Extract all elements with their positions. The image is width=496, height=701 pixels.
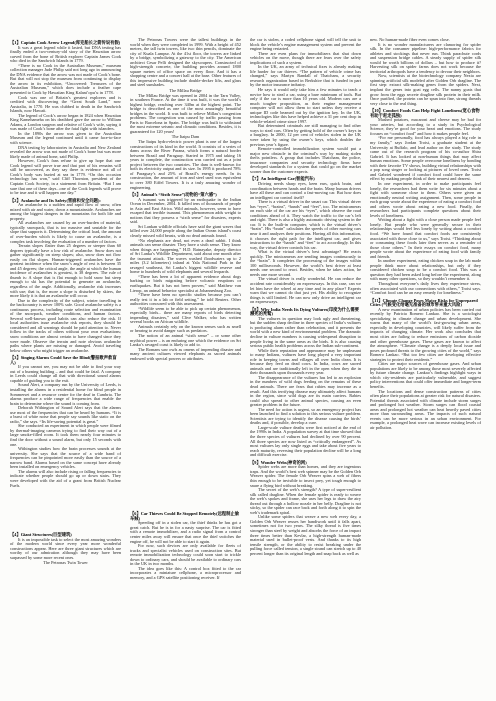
paragraph: Driving needs sharp eyes, keen ears, qui… [250,182,361,200]
paragraph: Mashed potatoes, macaroni and cheese may… [370,118,481,136]
section-gap [10,488,121,530]
paragraph: Cities are major sources of greenhouse g… [370,362,481,389]
paragraph: The alarms will also include rising or f… [10,470,121,488]
paragraph: It was a great legend while it lasted, b… [10,46,121,64]
paragraph: Remote-controlled immobilization system … [250,147,361,174]
paragraph: Terrain slopes flatter than 25 degrees o… [10,244,121,299]
paragraph: The Millau Bridge was opened in 2004 in … [130,94,241,135]
paragraph: It is an impossible task to select the m… [10,538,121,561]
paragraph: The secret of the web’s strength? A type… [250,488,361,515]
paragraph: The Petronas Towers were the tallest bui… [130,38,241,88]
text-column-2: The Petronas Towers were the tallest bui… [130,38,241,690]
paragraph: There is a virtual driver in the smart c… [250,200,361,250]
paragraph: Cook was one of Britain’s greatest explo… [10,96,121,114]
paragraph: The Romans saw owls as omens of impendin… [130,348,241,362]
paragraph: He says it would only take him a few min… [250,88,361,124]
paragraph: The idea goes like this: A control box f… [130,567,241,581]
paragraph: The virtual driver is really wonderful. … [250,277,361,304]
paragraph: “There has been a lot of apparent eviden… [130,275,241,293]
sub-heading: The Petronas Twin Tower [10,561,121,566]
paragraph: However, Cook’s fans refuse to give up h… [10,159,121,195]
paragraph: Spider webs are more than homes, and the… [250,465,361,488]
paragraph: The vultures in question may look ugly a… [250,317,361,349]
section-gap [130,361,241,509]
text-column-1: 【1】Captain Cook Arrow Legend(库克船长之箭传说有假)… [10,38,121,690]
paragraph: Withington studies how the brain process… [10,447,121,470]
paragraph: Writing about a fight with a close perso… [370,218,481,259]
paragraph: In the UK, an army of technical fixes is… [250,65,361,88]
paragraph: DNA testing by laboratories in Australia… [10,146,121,160]
paragraph-continuation: the car is stolen, a coded cellphone sig… [250,38,361,52]
paragraph: Unlike some spiders that weave a new web… [250,515,361,556]
paragraph: If you cannot see, you may not be able t… [10,365,121,383]
paragraph: For now, such devices are only available… [130,544,241,567]
document-page: 【1】Captain Cook Arrow Legend(库克船长之箭传说有假)… [0,0,496,701]
paragraph: There are even plans for immobilizers th… [250,52,361,66]
paragraph: Sound Alert, a company run by the Univer… [10,383,121,406]
paragraph: It is no wonder manufacturers are clamor… [370,43,481,75]
paragraph: The legend of Cook’s arrow began in 1824… [10,114,121,132]
paragraph: She conducted an experiment in which peo… [10,424,121,447]
paragraph: “For me personally, food has always play… [370,136,481,181]
paragraph: The locations and dense construction pat… [370,390,481,431]
paragraph: Deborah Withington of Sound Alert says t… [10,406,121,424]
paragraph: Now, scientists at the biotechnology com… [370,74,481,106]
paragraph: Throughout everyone’s daily lives they e… [370,282,481,296]
paragraph: A tsunami was triggered by an earthquake… [130,198,241,225]
paragraph: In one experiment, in order to make part… [370,182,481,218]
paragraph: “No elephants are dead, not even a dead … [130,239,241,275]
paragraph: All avalanches are caused by an over-bur… [10,221,121,244]
paragraph: Large-scale vulture deaths were first no… [250,426,361,458]
paragraph: Sri Lankan wildlife officials have said … [130,225,241,239]
paragraph: The notion of an animal “sixth sense” – … [130,334,241,348]
paragraph: In the 1890s the arrow was given to the … [10,132,121,146]
paragraph: But determined criminals are still manag… [250,124,361,147]
paragraph: In another experiment, eating chicken so… [370,259,481,282]
paragraph: “There have been no specific studies bec… [130,293,241,307]
paragraph: What is the virtual driver’s best advant… [250,250,361,277]
paragraph: While their reputation and appearance ma… [250,349,361,376]
paragraph: The Itaipu hydro-electric power plant is… [130,140,241,190]
paragraph: “Wildlife seem to be able to pick up cer… [130,307,241,325]
paragraph: The disappearance of the vultures has le… [250,376,361,408]
paragraph: Due to the complexity of the subject, wi… [10,299,121,354]
text-column-4: new. No human-made fiber even comes clos… [370,38,481,690]
paragraph: Speeding off in a stolen car, the thief … [130,521,241,544]
paragraph: The need for action is urgent, so an eme… [250,408,361,426]
paragraph: A new examination of urban policies has … [370,308,481,363]
paragraph: An avalanche is a sudden and rapid flow … [10,203,121,221]
paragraph: “There is no Cook in the Australian Muse… [10,64,121,96]
text-column-3: the car is stolen, a coded cellphone sig… [250,38,361,690]
